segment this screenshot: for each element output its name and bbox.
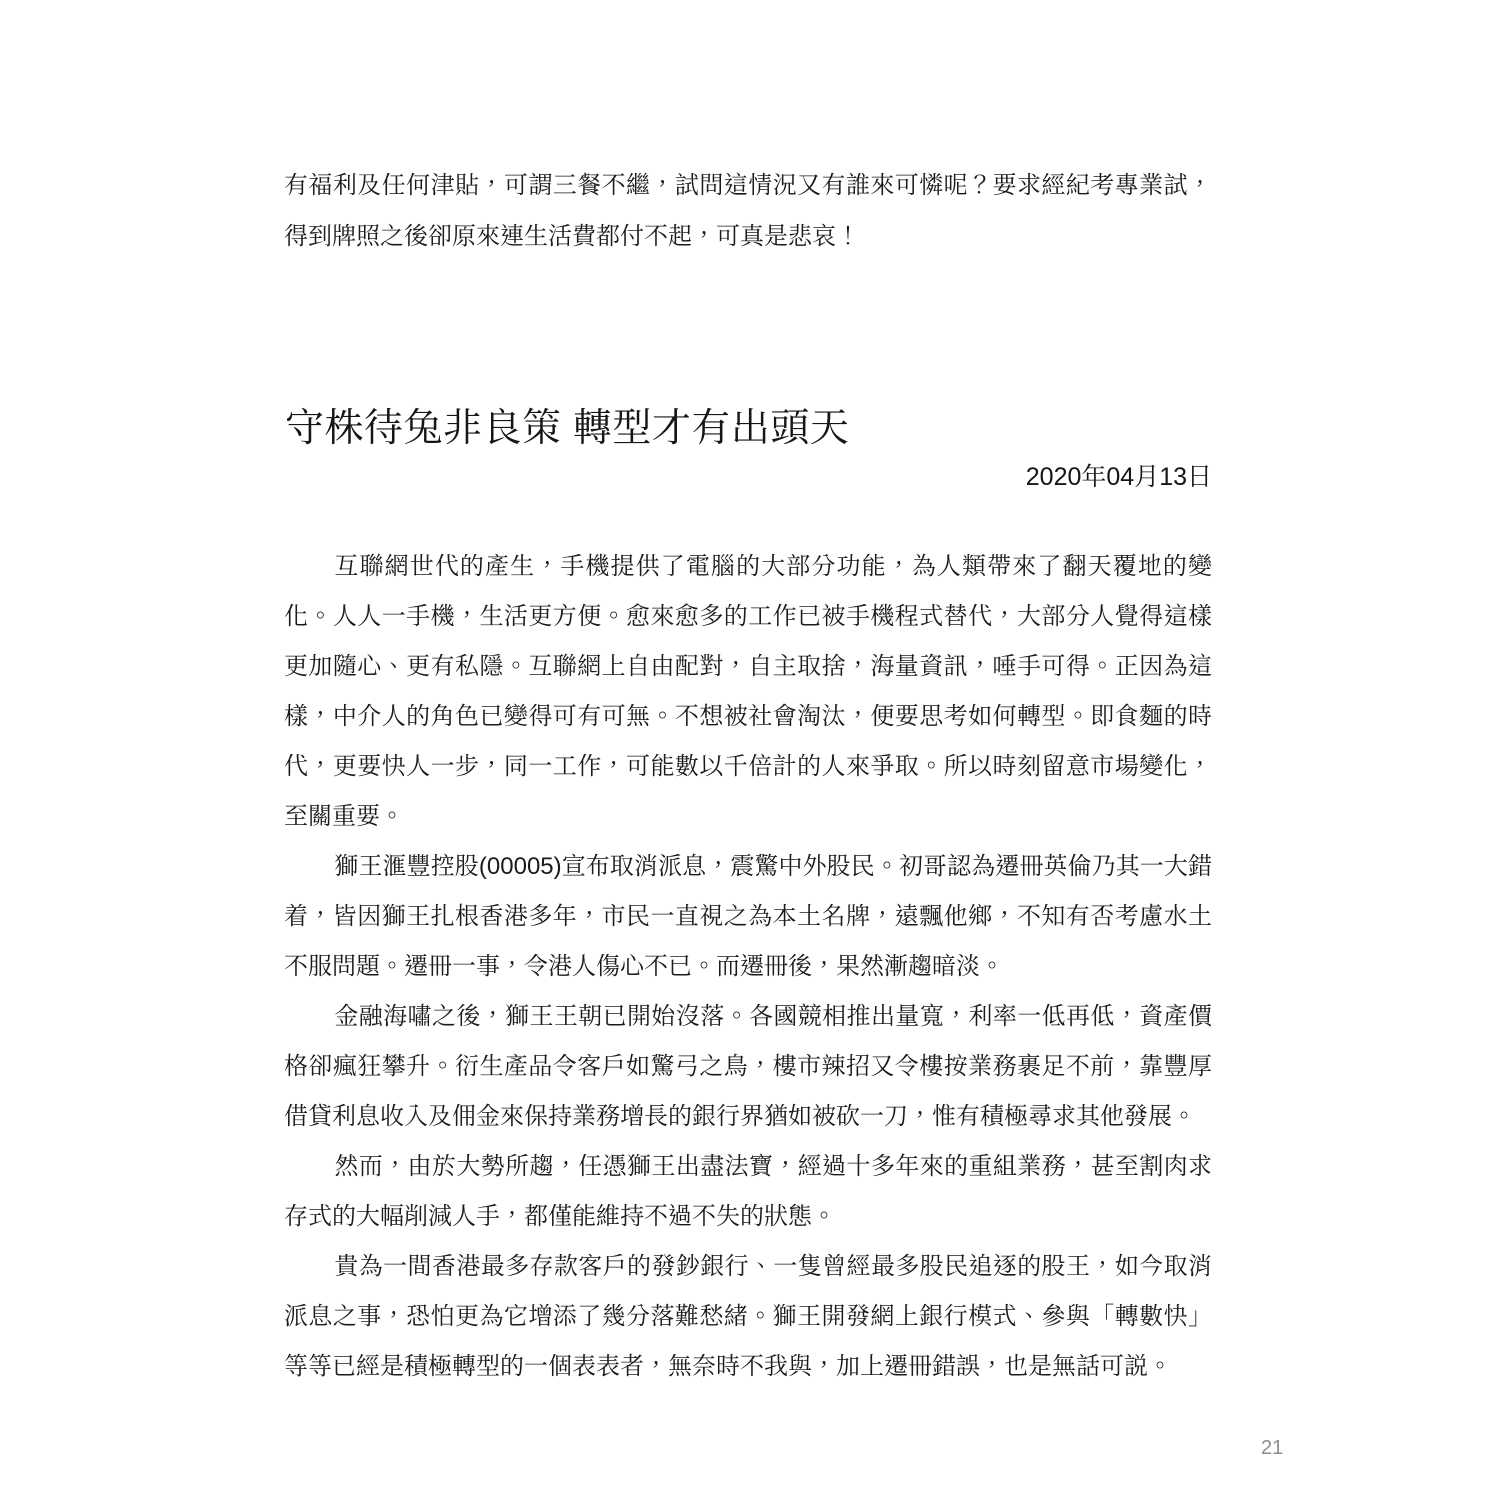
continuation-paragraph: 有福利及任何津貼，可謂三餐不繼，試問這情況又有誰來可憐呢？要求經紀考專業試，得到… (284, 160, 1212, 262)
body-paragraph: 獅王滙豐控股(00005)宣布取消派息，震驚中外股民。初哥認為遷冊英倫乃其一大錯… (284, 842, 1212, 992)
body-paragraph: 然而，由於大勢所趨，任憑獅王出盡法寶，經過十多年來的重組業務，甚至割肉求存式的大… (284, 1142, 1212, 1242)
body-paragraph: 互聯網世代的產生，手機提供了電腦的大部分功能，為人類帶來了翻天覆地的變化。人人一… (284, 542, 1212, 842)
article-title: 守株待兔非良策 轉型才有出頭天 (285, 397, 849, 453)
article-body: 互聯網世代的產生，手機提供了電腦的大部分功能，為人類帶來了翻天覆地的變化。人人一… (284, 542, 1212, 1392)
body-paragraph: 金融海嘯之後，獅王王朝已開始沒落。各國競相推出量寬，利率一低再低，資產價格卻瘋狂… (284, 992, 1212, 1142)
page-number: 21 (1261, 1437, 1283, 1460)
article-date: 2020年04月13日 (284, 457, 1212, 497)
book-page: 有福利及任何津貼，可謂三餐不繼，試問這情況又有誰來可憐呢？要求經紀考專業試，得到… (0, 0, 1500, 1500)
body-paragraph: 貴為一間香港最多存款客戶的發鈔銀行、一隻曾經最多股民追逐的股王，如今取消派息之事… (284, 1242, 1212, 1392)
